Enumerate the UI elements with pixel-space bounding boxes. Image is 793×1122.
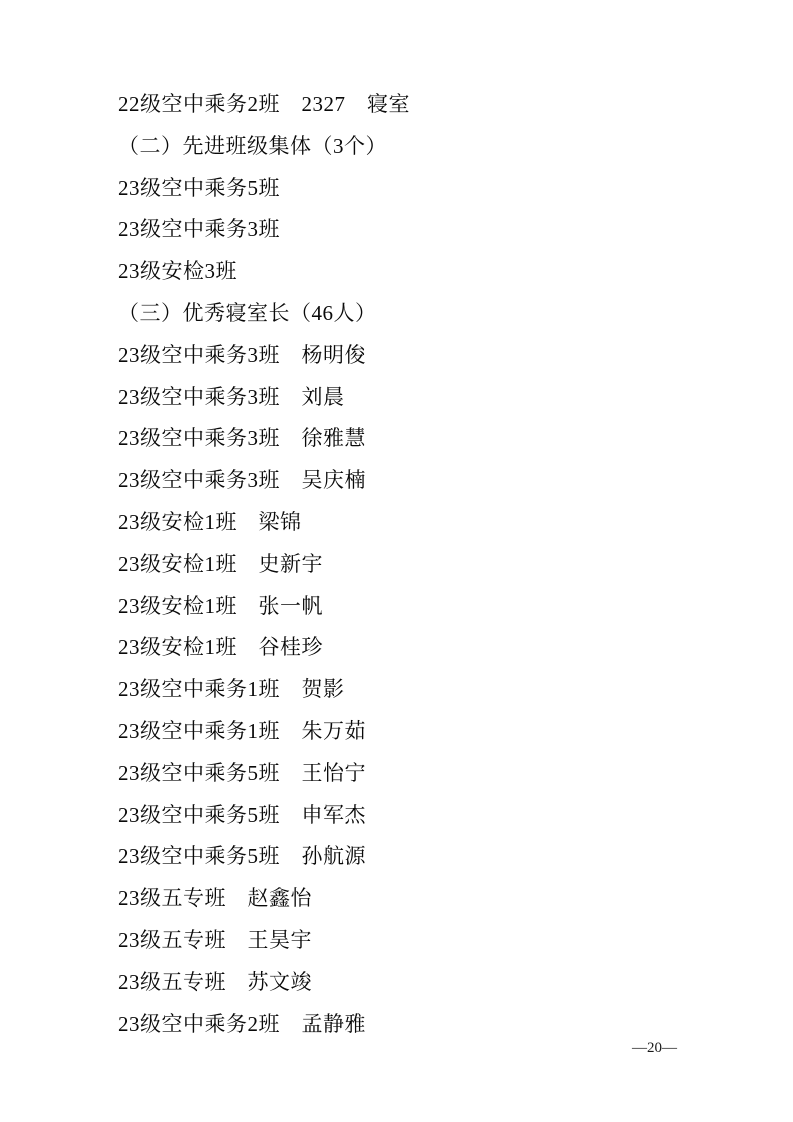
text-line: 23级空中乘务3班 吴庆楠 [118, 460, 718, 502]
section-heading: （三）优秀寝室长（46人） [118, 293, 718, 335]
text-line: 23级空中乘务1班 朱万茹 [118, 711, 718, 753]
page-number: —20— [632, 1038, 677, 1058]
text-line: 23级安检1班 谷桂珍 [118, 627, 718, 669]
document-body: 22级空中乘务2班 2327 寝室（二）先进班级集体（3个）23级空中乘务5班2… [118, 84, 718, 1045]
text-line: 23级空中乘务5班 孙航源 [118, 836, 718, 878]
text-line: 23级安检1班 张一帆 [118, 586, 718, 628]
text-line: 23级安检1班 梁锦 [118, 502, 718, 544]
text-line: 23级空中乘务3班 刘晨 [118, 377, 718, 419]
text-line: 23级空中乘务3班 徐雅慧 [118, 418, 718, 460]
text-line: 23级空中乘务2班 孟静雅 [118, 1004, 718, 1046]
text-line: 23级安检3班 [118, 251, 718, 293]
text-line: 22级空中乘务2班 2327 寝室 [118, 84, 718, 126]
document-page: 22级空中乘务2班 2327 寝室（二）先进班级集体（3个）23级空中乘务5班2… [0, 0, 793, 1122]
text-line: 23级五专班 王昊宇 [118, 920, 718, 962]
text-line: 23级空中乘务5班 王怡宁 [118, 753, 718, 795]
text-line: 23级空中乘务1班 贺影 [118, 669, 718, 711]
section-heading: （二）先进班级集体（3个） [118, 126, 718, 168]
text-line: 23级五专班 苏文竣 [118, 962, 718, 1004]
text-line: 23级五专班 赵鑫怡 [118, 878, 718, 920]
text-line: 23级空中乘务5班 [118, 168, 718, 210]
text-line: 23级安检1班 史新宇 [118, 544, 718, 586]
text-line: 23级空中乘务5班 申军杰 [118, 795, 718, 837]
text-line: 23级空中乘务3班 [118, 209, 718, 251]
text-line: 23级空中乘务3班 杨明俊 [118, 335, 718, 377]
